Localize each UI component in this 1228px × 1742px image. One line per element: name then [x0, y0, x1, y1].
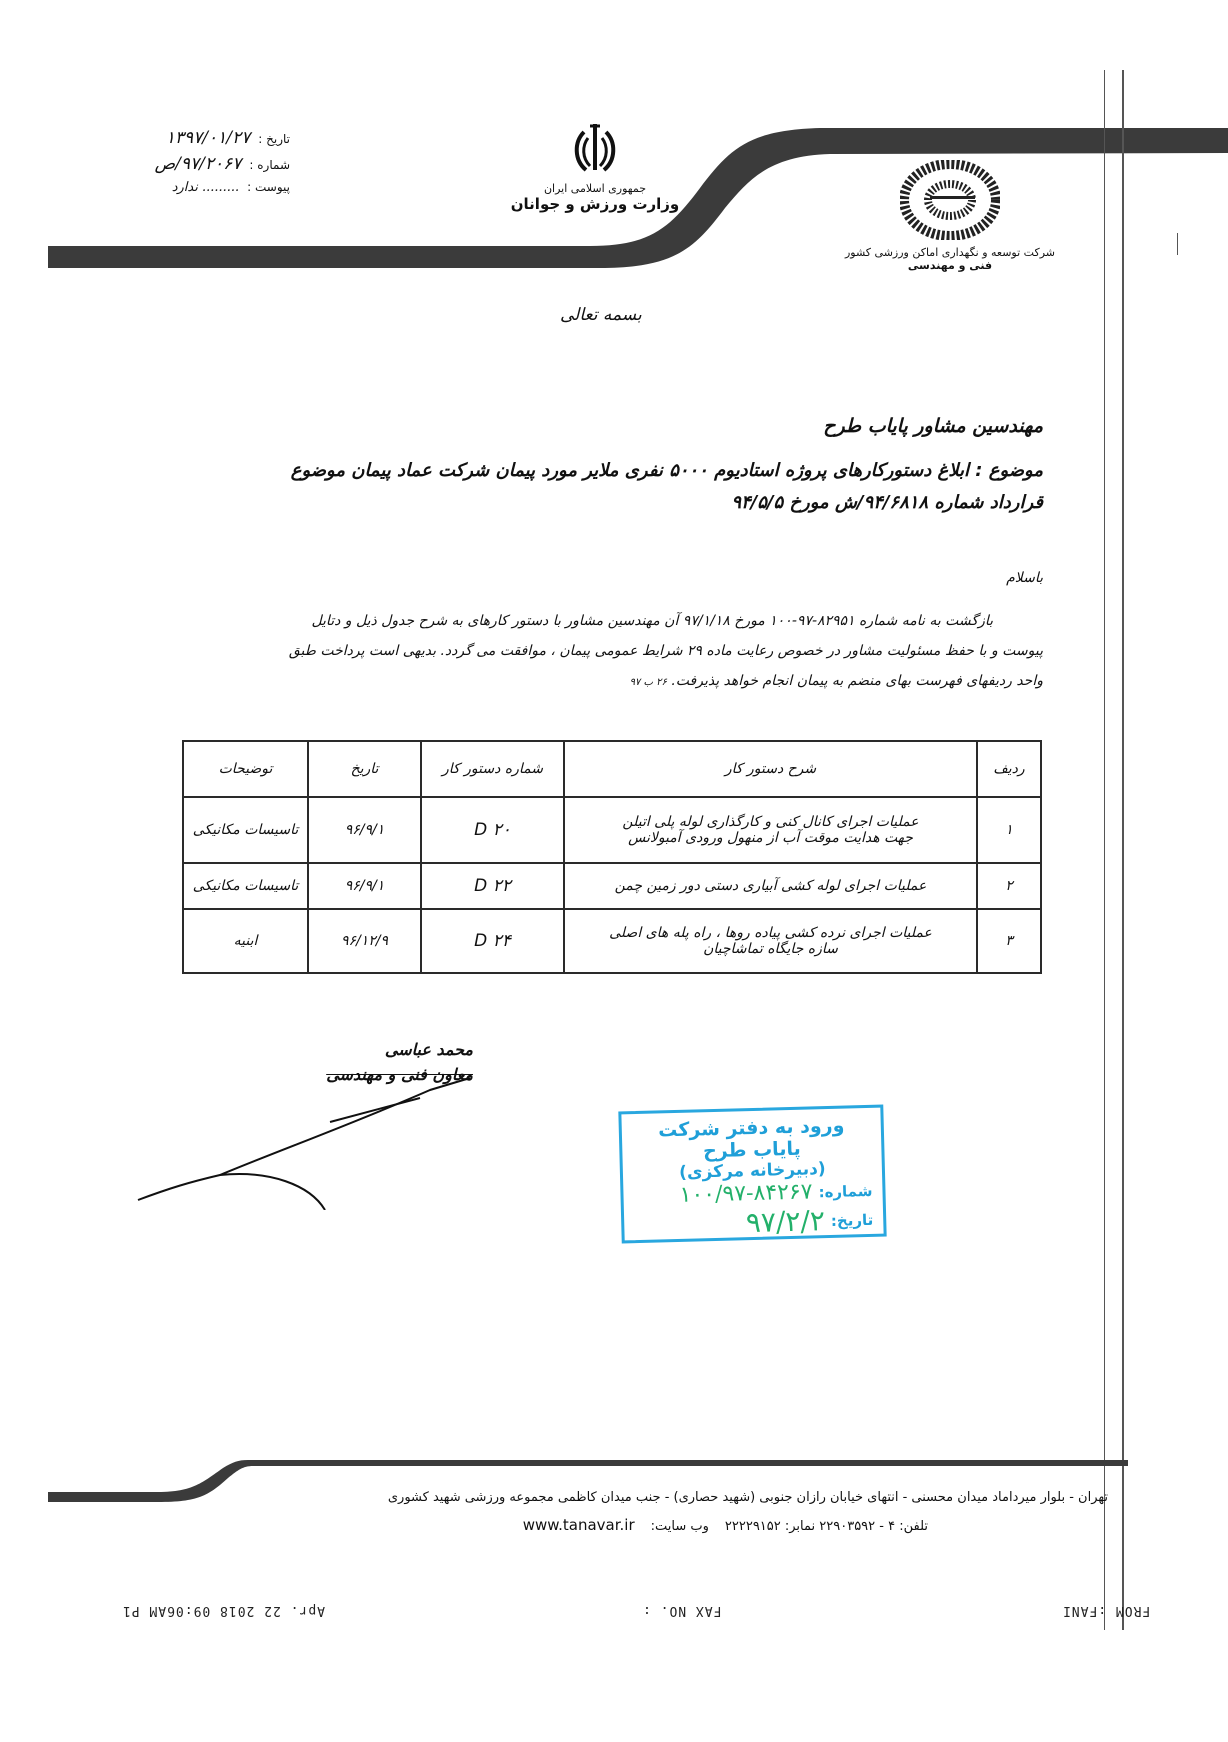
cell-order-no: D ۲۴	[421, 909, 564, 973]
number-field: شماره : ۹۷/۲۰۶۷/ص	[60, 154, 290, 174]
margin-mark	[1177, 233, 1178, 255]
fax-edge-line-2	[1122, 70, 1124, 1630]
attachment-value: ......... ندارد	[172, 180, 239, 195]
attachment-label: پیوست :	[247, 180, 290, 194]
cell-row: ۱	[977, 797, 1041, 863]
company-name: شرکت توسعه و نگهداری اماکن ورزشی کشور	[820, 246, 1080, 259]
cell-notes: ابنیه	[183, 909, 308, 973]
subject: موضوع : ابلاغ دستورکارهای پروژه استادیوم…	[163, 455, 1043, 519]
fax-edge-line	[1104, 70, 1105, 1630]
work-orders-table: ردیف شرح دستور کار شماره دستور کار تاریخ…	[182, 740, 1042, 974]
number-value: ۹۷/۲۰۶۷/ص	[155, 154, 242, 174]
subject-line-2: قرارداد شماره ۹۴/۶۸۱۸/ش مورخ ۹۴/۵/۵	[163, 487, 1043, 519]
recipient: مهندسین مشاور پایاب طرح	[823, 415, 1043, 437]
letter-body: بازگشت به نامه شماره ۸۲۹۵۱-۹۷-۱۰۰ مورخ ۹…	[173, 606, 1043, 698]
description-line: عملیات اجرای نرده کشی پیاده روها ، راه پ…	[573, 925, 968, 941]
cell-row: ۲	[977, 863, 1041, 909]
greeting: باسلام	[1006, 570, 1043, 586]
cell-description: عملیات اجرای کانال کنی و کارگذاری لوله پ…	[564, 797, 977, 863]
body-note: ۲۶ ب ۹۷	[630, 677, 667, 688]
col-notes: توضیحات	[183, 741, 308, 797]
emblem-caption: جمهوری اسلامی ایران	[505, 182, 685, 195]
cell-date: ۹۶/۹/۱	[308, 797, 421, 863]
date-label: تاریخ :	[258, 132, 290, 146]
footer-website-label: وب سایت:	[651, 1519, 709, 1534]
ministry-name: وزارت ورزش و جوانان	[505, 195, 685, 213]
table-row: ۳ عملیات اجرای نرده کشی پیاده روها ، راه…	[183, 909, 1041, 973]
iran-emblem-icon	[570, 120, 620, 178]
company-logo-icon	[900, 160, 1000, 240]
col-order-no: شماره دستور کار	[421, 741, 564, 797]
description-line: جهت هدایت موقت آب از منهول ورودی آمبولان…	[573, 830, 968, 846]
signer-name: محمد عباسی	[326, 1040, 473, 1059]
bismillah: بسمه تعالی	[560, 305, 642, 325]
body-line-1: بازگشت به نامه شماره ۸۲۹۵۱-۹۷-۱۰۰ مورخ ۹…	[173, 606, 1043, 636]
receipt-stamp: ورود به دفتر شرکت پایاب طرح (دبیرخانه مر…	[618, 1105, 886, 1244]
footer-address: تهران - بلوار میرداماد میدان محسنی - انت…	[388, 1490, 1108, 1505]
footer-website[interactable]: www.tanavar.ir	[523, 1516, 635, 1534]
table-row: ۲ عملیات اجرای لوله کشی آبیاری دستی دور …	[183, 863, 1041, 909]
cell-notes: تاسیسات مکانیکی	[183, 797, 308, 863]
cell-description: عملیات اجرای لوله کشی آبیاری دستی دور زم…	[564, 863, 977, 909]
stamp-date-row: تاریخ: ۹۷/۲/۲	[634, 1203, 874, 1242]
fax-from: FROM :FANI	[1062, 1603, 1150, 1618]
signature-stroke	[130, 1070, 490, 1210]
description-line: سازه جایگاه تماشاچیان	[573, 941, 968, 957]
ministry-block: جمهوری اسلامی ایران وزارت ورزش و جوانان	[505, 120, 685, 213]
date-field: تاریخ : ۱۳۹۷/۰۱/۲۷	[60, 128, 290, 148]
cell-order-no: D ۲۲	[421, 863, 564, 909]
number-label: شماره :	[249, 158, 290, 172]
description-line: عملیات اجرای کانال کنی و کارگذاری لوله پ…	[573, 814, 968, 830]
col-date: تاریخ	[308, 741, 421, 797]
footer-phone: تلفن: ۴ - ۲۲۹۰۳۵۹۲ نمابر: ۲۲۲۲۹۱۵۲	[725, 1519, 928, 1534]
company-department: فنی و مهندسی	[820, 259, 1080, 272]
cell-date: ۹۶/۱۲/۹	[308, 909, 421, 973]
fax-timestamp: Apr. 22 2018 09:06AM P1	[122, 1603, 325, 1618]
body-line-3: واحد ردیفهای فهرست بهای منضم به پیمان ان…	[173, 666, 1043, 698]
footer-contact: تلفن: ۴ - ۲۲۹۰۳۵۹۲ نمابر: ۲۲۲۲۹۱۵۲ وب سا…	[523, 1516, 928, 1534]
table-header-row: ردیف شرح دستور کار شماره دستور کار تاریخ…	[183, 741, 1041, 797]
col-row: ردیف	[977, 741, 1041, 797]
cell-date: ۹۶/۹/۱	[308, 863, 421, 909]
fax-number: FAX NO. :	[642, 1603, 721, 1618]
stamp-number-value: ۱۰۰/۹۷-۸۴۲۶۷	[679, 1179, 813, 1207]
col-description: شرح دستور کار	[564, 741, 977, 797]
header-band-left	[48, 246, 468, 268]
body-line-2: پیوست و با حفظ مسئولیت مشاور در خصوص رعا…	[173, 636, 1043, 666]
company-block: شرکت توسعه و نگهداری اماکن ورزشی کشور فن…	[820, 160, 1080, 272]
header-fields: تاریخ : ۱۳۹۷/۰۱/۲۷ شماره : ۹۷/۲۰۶۷/ص پیو…	[60, 128, 290, 195]
cell-notes: تاسیسات مکانیکی	[183, 863, 308, 909]
stamp-title: ورود به دفتر شرکت پایاب طرح	[632, 1114, 872, 1164]
cell-order-no: D ۲۰	[421, 797, 564, 863]
date-value: ۱۳۹۷/۰۱/۲۷	[166, 128, 251, 148]
stamp-date-label: تاریخ:	[831, 1210, 874, 1229]
body-line-3-text: واحد ردیفهای فهرست بهای منضم به پیمان ان…	[671, 673, 1043, 689]
attachment-field: پیوست : ......... ندارد	[60, 180, 290, 195]
cell-row: ۳	[977, 909, 1041, 973]
cell-description: عملیات اجرای نرده کشی پیاده روها ، راه پ…	[564, 909, 977, 973]
stamp-number-label: شماره:	[818, 1181, 872, 1200]
subject-line-1: موضوع : ابلاغ دستورکارهای پروژه استادیوم…	[163, 455, 1043, 487]
stamp-date-value: ۹۷/۲/۲	[745, 1204, 825, 1239]
table-row: ۱ عملیات اجرای کانال کنی و کارگذاری لوله…	[183, 797, 1041, 863]
